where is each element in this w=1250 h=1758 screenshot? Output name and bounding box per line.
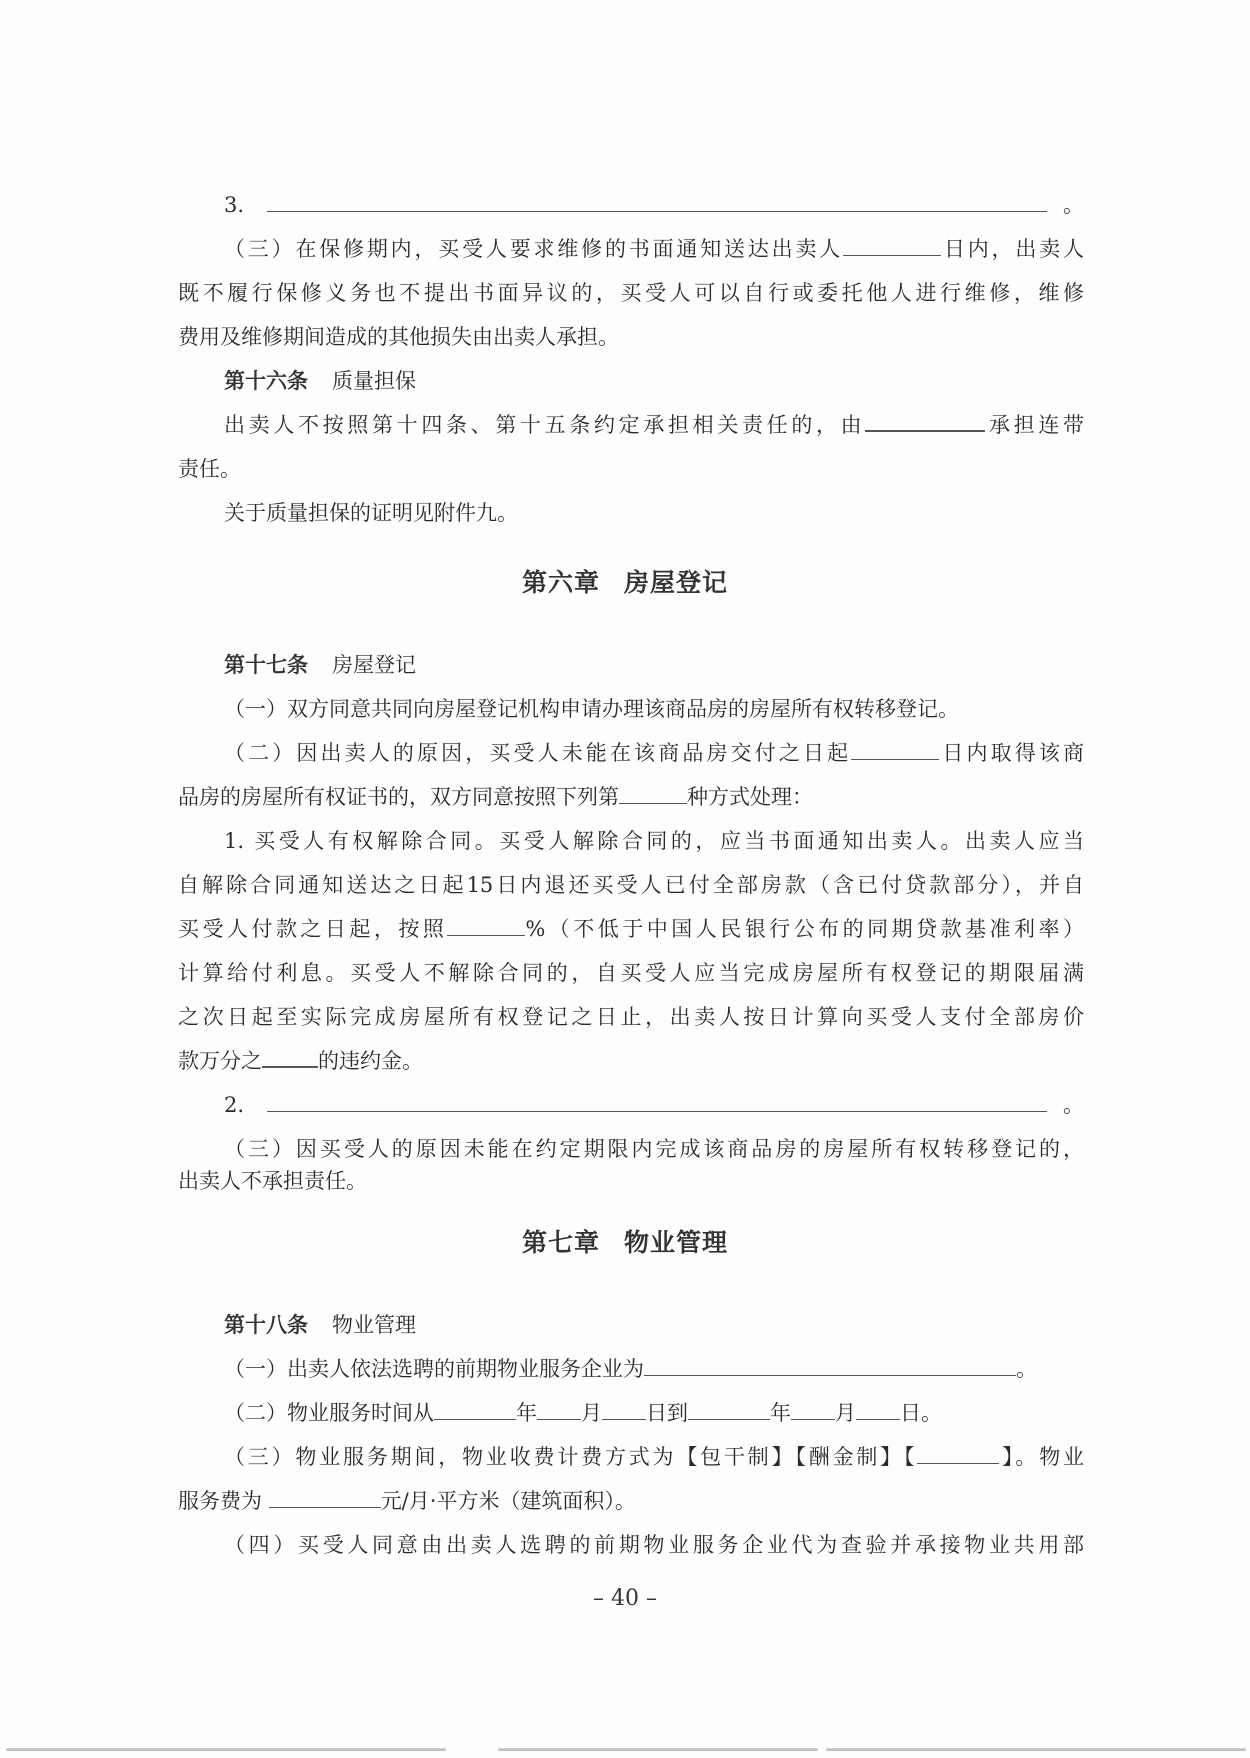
article-16-heading: 第十六条质量担保: [224, 366, 1084, 396]
fill-blank-days[interactable]: [843, 235, 941, 256]
article-16-text: 出卖人不按照第十四条、第十五条约定承担相关责任的，由承担连带: [224, 410, 1084, 440]
fee-method-line: （三）物业服务期间，物业收费计费方式为【包干制】【酬金制】【】。物业: [224, 1442, 1084, 1472]
chapter-7-heading: 第七章物业管理: [0, 1226, 1250, 1260]
article-17-heading: 第十七条房屋登记: [224, 650, 1084, 680]
fill-blank-fee-amount[interactable]: [269, 1487, 381, 1508]
clause-15-item-3: 3. 。: [224, 190, 1084, 220]
text-line: 计算给付利息。买受人不解除合同的，自买受人应当完成房屋所有权登记的期限届满: [178, 958, 1084, 988]
text-line: 既不履行保修义务也不提出书面异议的，买受人可以自行或委托他人进行维修，维修: [178, 278, 1084, 308]
chapter-6-heading: 第六章房屋登记: [0, 566, 1250, 600]
service-period-line: （二）物业服务时间从年月日到年月日。: [224, 1398, 1084, 1428]
fill-blank-end-year[interactable]: [688, 1399, 770, 1420]
service-fee-line: 服务费为 元/月·平方米（建筑面积）。: [178, 1486, 1084, 1516]
property-company-line: （一）出卖人依法选聘的前期物业服务企业为。: [224, 1354, 1084, 1384]
text-line: 之次日起至实际完成房屋所有权登记之日止，出卖人按日计算向买受人支付全部房价: [178, 1002, 1084, 1032]
fill-blank-start-year[interactable]: [434, 1399, 516, 1420]
fill-blank-rate[interactable]: [447, 915, 525, 936]
fill-blank-company[interactable]: [644, 1355, 1016, 1376]
clause-15-3-line: （三）在保修期内，买受人要求维修的书面通知送达出卖人日内，出卖人: [224, 234, 1084, 264]
page-number: – 40 –: [0, 1586, 1250, 1611]
penalty-line: 款万分之的违约金。: [178, 1046, 1084, 1076]
text-line: （三）因买受人的原因未能在约定期限内完成该商品房的房屋所有权转移登记的，: [224, 1134, 1084, 1164]
fill-blank[interactable]: [267, 1091, 1047, 1112]
fill-blank-penalty[interactable]: [262, 1046, 318, 1068]
clause-17-2-cont: 品房的房屋所有权证书的，双方同意按照下列第种方式处理：: [178, 782, 1084, 812]
page-edge-shadow: [826, 1748, 1246, 1751]
fill-blank[interactable]: [267, 191, 1047, 212]
article-18-heading: 第十八条物业管理: [224, 1310, 1084, 1340]
fill-blank-end-month[interactable]: [791, 1399, 835, 1420]
page-edge-shadow: [6, 1748, 446, 1751]
text-line: 责任。: [178, 454, 1084, 484]
fill-blank-start-month[interactable]: [537, 1399, 581, 1420]
fill-blank-start-day[interactable]: [602, 1399, 646, 1420]
page-edge-shadow: [498, 1748, 818, 1751]
fill-blank-option[interactable]: [619, 783, 687, 804]
fill-blank-end-day[interactable]: [856, 1399, 900, 1420]
text-line: 自解除合同通知送达之日起15日内退还买受人已付全部房款（含已付贷款部分），并自: [178, 870, 1084, 900]
interest-rate-line: 买受人付款之日起，按照%（不低于中国人民银行公布的同期贷款基准利率）: [178, 914, 1084, 944]
clause-17-2-line: （二）因出卖人的原因，买受人未能在该商品房交付之日起日内取得该商: [224, 738, 1084, 768]
text-line: 费用及维修期间造成的其他损失由出卖人承担。: [178, 322, 1084, 352]
text-line: 出卖人不承担责任。: [178, 1166, 1084, 1196]
fill-blank-guarantor[interactable]: [865, 410, 985, 432]
text-line: （一）双方同意共同向房屋登记机构申请办理该商品房的房屋所有权转移登记。: [224, 694, 1084, 724]
fill-blank-days[interactable]: [851, 739, 939, 760]
fill-blank-fee-method[interactable]: [917, 1443, 999, 1464]
text-line: 关于质量担保的证明见附件九。: [224, 498, 1084, 528]
clause-17-item-2: 2. 。: [224, 1090, 1084, 1120]
text-line: （四）买受人同意由出卖人选聘的前期物业服务企业代为查验并承接物业共用部: [224, 1530, 1084, 1560]
text-line: 1. 买受人有权解除合同。买受人解除合同的，应当书面通知出卖人。出卖人应当: [224, 826, 1084, 856]
